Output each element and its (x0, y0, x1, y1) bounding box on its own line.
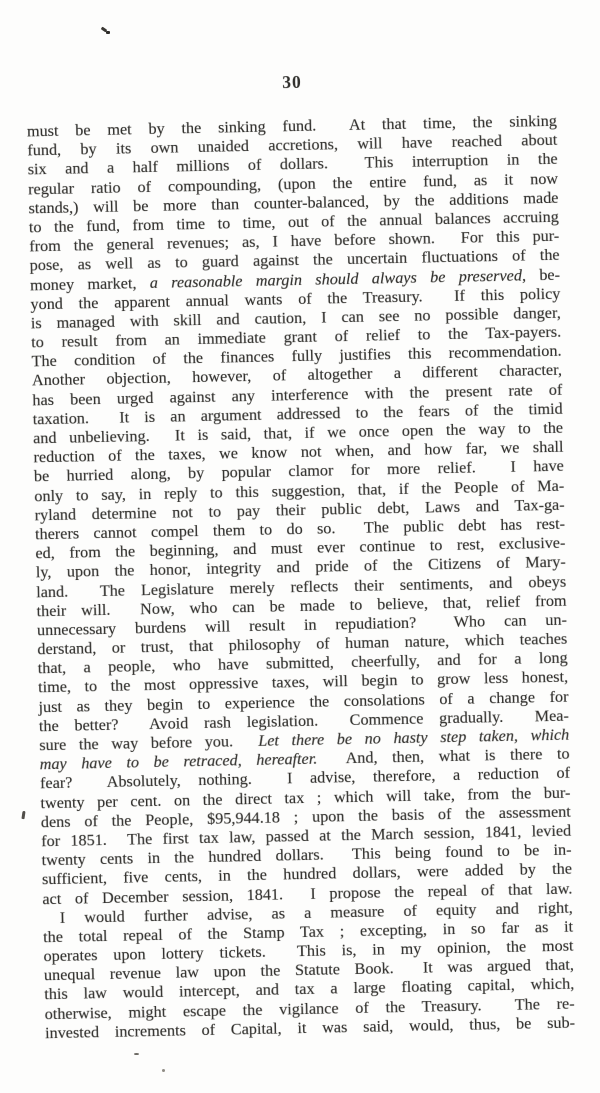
scan-speck (162, 1069, 165, 1072)
text-segment: money market, (30, 273, 150, 293)
scan-speck (551, 201, 553, 203)
page-number: 30 (0, 66, 584, 98)
text-block: must be met by the sinking fund. At that… (27, 112, 575, 1043)
scan-speck (106, 31, 110, 34)
text-segment: , be- (522, 265, 560, 284)
scan-speck (21, 811, 25, 819)
scanned-document-page: 30 must be met by the sinking fund. At t… (0, 0, 600, 1093)
scan-speck (549, 447, 551, 449)
scan-speck (134, 1053, 139, 1055)
